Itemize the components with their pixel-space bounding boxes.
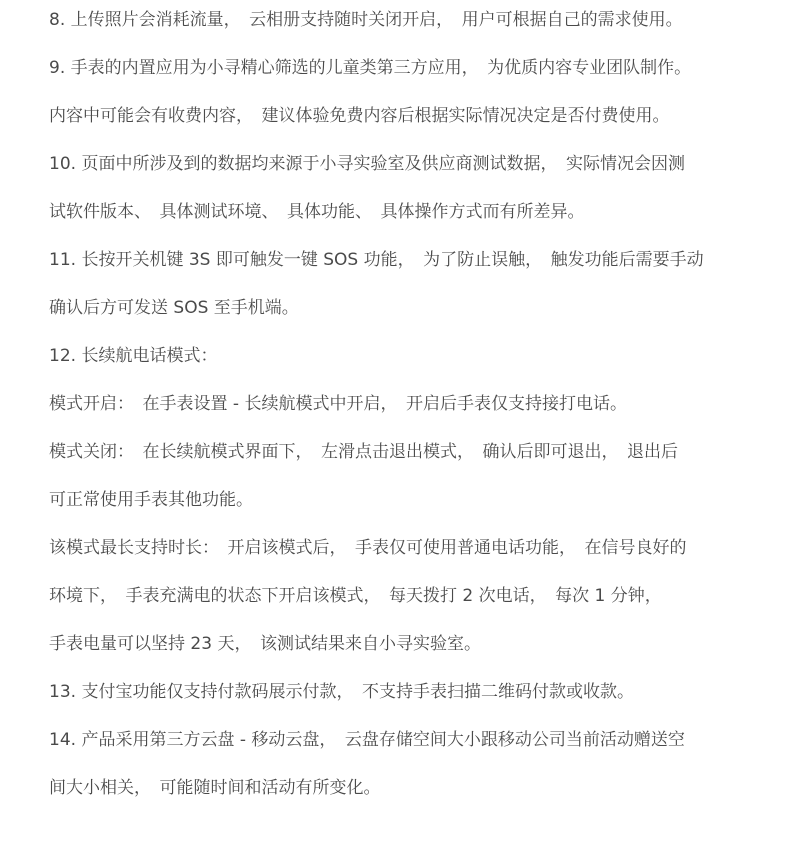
note-11-line-1: 11. 长按开关机键 3S 即可触发一键 SOS 功能， 为了防止误触， 触发功… xyxy=(49,248,704,272)
note-11-line-2: 确认后方可发送 SOS 至手机端。 xyxy=(49,296,299,320)
note-12-duration-line-1: 该模式最长支持时长： 开启该模式后， 手表仅可使用普通电话功能， 在信号良好的 xyxy=(49,536,687,560)
note-12-mode-off-line-2: 可正常使用手表其他功能。 xyxy=(49,488,253,512)
note-9-line-2: 内容中可能会有收费内容， 建议体验免费内容后根据实际情况决定是否付费使用。 xyxy=(49,104,670,128)
note-13-line: 13. 支付宝功能仅支持付款码展示付款， 不支持手表扫描二维码付款或收款。 xyxy=(49,680,634,704)
note-10-line-2: 试软件版本、 具体测试环境、 具体功能、 具体操作方式而有所差异。 xyxy=(49,200,585,224)
note-9-line-1: 9. 手表的内置应用为小寻精心筛选的儿童类第三方应用， 为优质内容专业团队制作。 xyxy=(49,56,691,80)
note-12-duration-line-2: 环境下， 手表充满电的状态下开启该模式， 每天拨打 2 次电话， 每次 1 分钟… xyxy=(49,584,662,608)
note-12-duration-line-3: 手表电量可以坚持 23 天， 该测试结果来自小寻实验室。 xyxy=(49,632,481,656)
note-14-line-2: 间大小相关， 可能随时间和活动有所变化。 xyxy=(49,776,381,800)
note-10-line-1: 10. 页面中所涉及到的数据均来源于小寻实验室及供应商测试数据， 实际情况会因测 xyxy=(49,152,685,176)
note-12-mode-on: 模式开启： 在手表设置 - 长续航模式中开启， 开启后手表仅支持接打电话。 xyxy=(49,392,627,416)
note-14-line-1: 14. 产品采用第三方云盘 - 移动云盘， 云盘存储空间大小跟移动公司当前活动赠… xyxy=(49,728,685,752)
note-8-line: 8. 上传照片会消耗流量， 云相册支持随时关闭开启， 用户可根据自己的需求使用。 xyxy=(49,8,683,32)
note-12-mode-off-line-1: 模式关闭： 在长续航模式界面下， 左滑点击退出模式， 确认后即可退出， 退出后 xyxy=(49,440,678,464)
note-12-heading: 12. 长续航电话模式： xyxy=(49,344,217,368)
